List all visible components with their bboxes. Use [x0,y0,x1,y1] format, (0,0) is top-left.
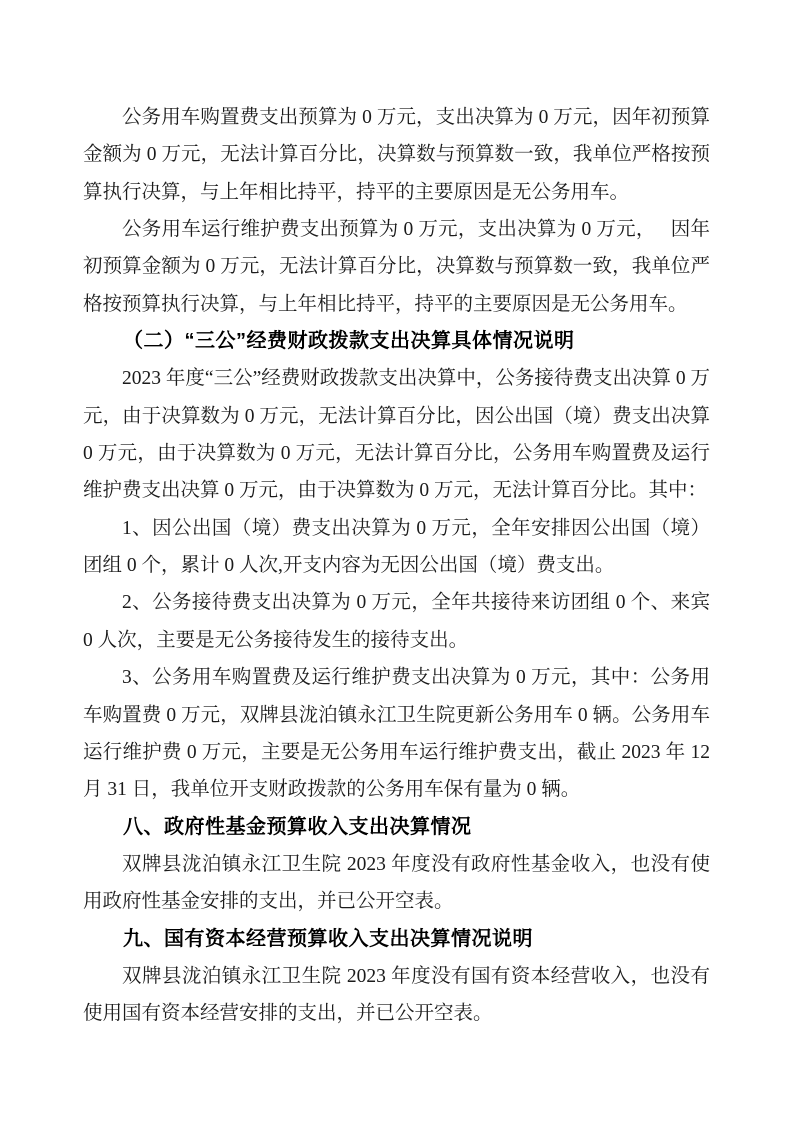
document-page: 公务用车购置费支出预算为 0 万元，支出决算为 0 万元，因年初预算金额为 0 … [0,0,793,1122]
document-body: 公务用车购置费支出预算为 0 万元，支出决算为 0 万元，因年初预算金额为 0 … [83,99,710,1033]
body-paragraph: 1、因公出国（境）费支出决算为 0 万元，全年安排因公出国（境）团组 0 个，累… [83,510,710,585]
section-heading: 八、政府性基金预算收入支出决算情况 [83,809,710,846]
body-paragraph: 公务用车购置费支出预算为 0 万元，支出决算为 0 万元，因年初预算金额为 0 … [83,99,710,211]
body-paragraph: 公务用车运行维护费支出预算为 0 万元，支出决算为 0 万元， 因年初预算金额为… [83,211,710,323]
section-heading: 九、国有资本经营预算收入支出决算情况说明 [83,921,710,958]
body-paragraph: 3、公务用车购置费及运行维护费支出决算为 0 万元，其中：公务用车购置费 0 万… [83,659,710,808]
section-heading: （二）“三公”经费财政拨款支出决算具体情况说明 [83,323,710,360]
body-paragraph: 双牌县泷泊镇永江卫生院 2023 年度没有政府性基金收入，也没有使用政府性基金安… [83,846,710,921]
body-paragraph: 2023 年度“三公”经费财政拨款支出决算中，公务接待费支出决算 0 万元，由于… [83,360,710,509]
body-paragraph: 2、公务接待费支出决算为 0 万元，全年共接待来访团组 0 个、来宾 0 人次，… [83,584,710,659]
body-paragraph: 双牌县泷泊镇永江卫生院 2023 年度没有国有资本经营收入，也没有使用国有资本经… [83,958,710,1033]
